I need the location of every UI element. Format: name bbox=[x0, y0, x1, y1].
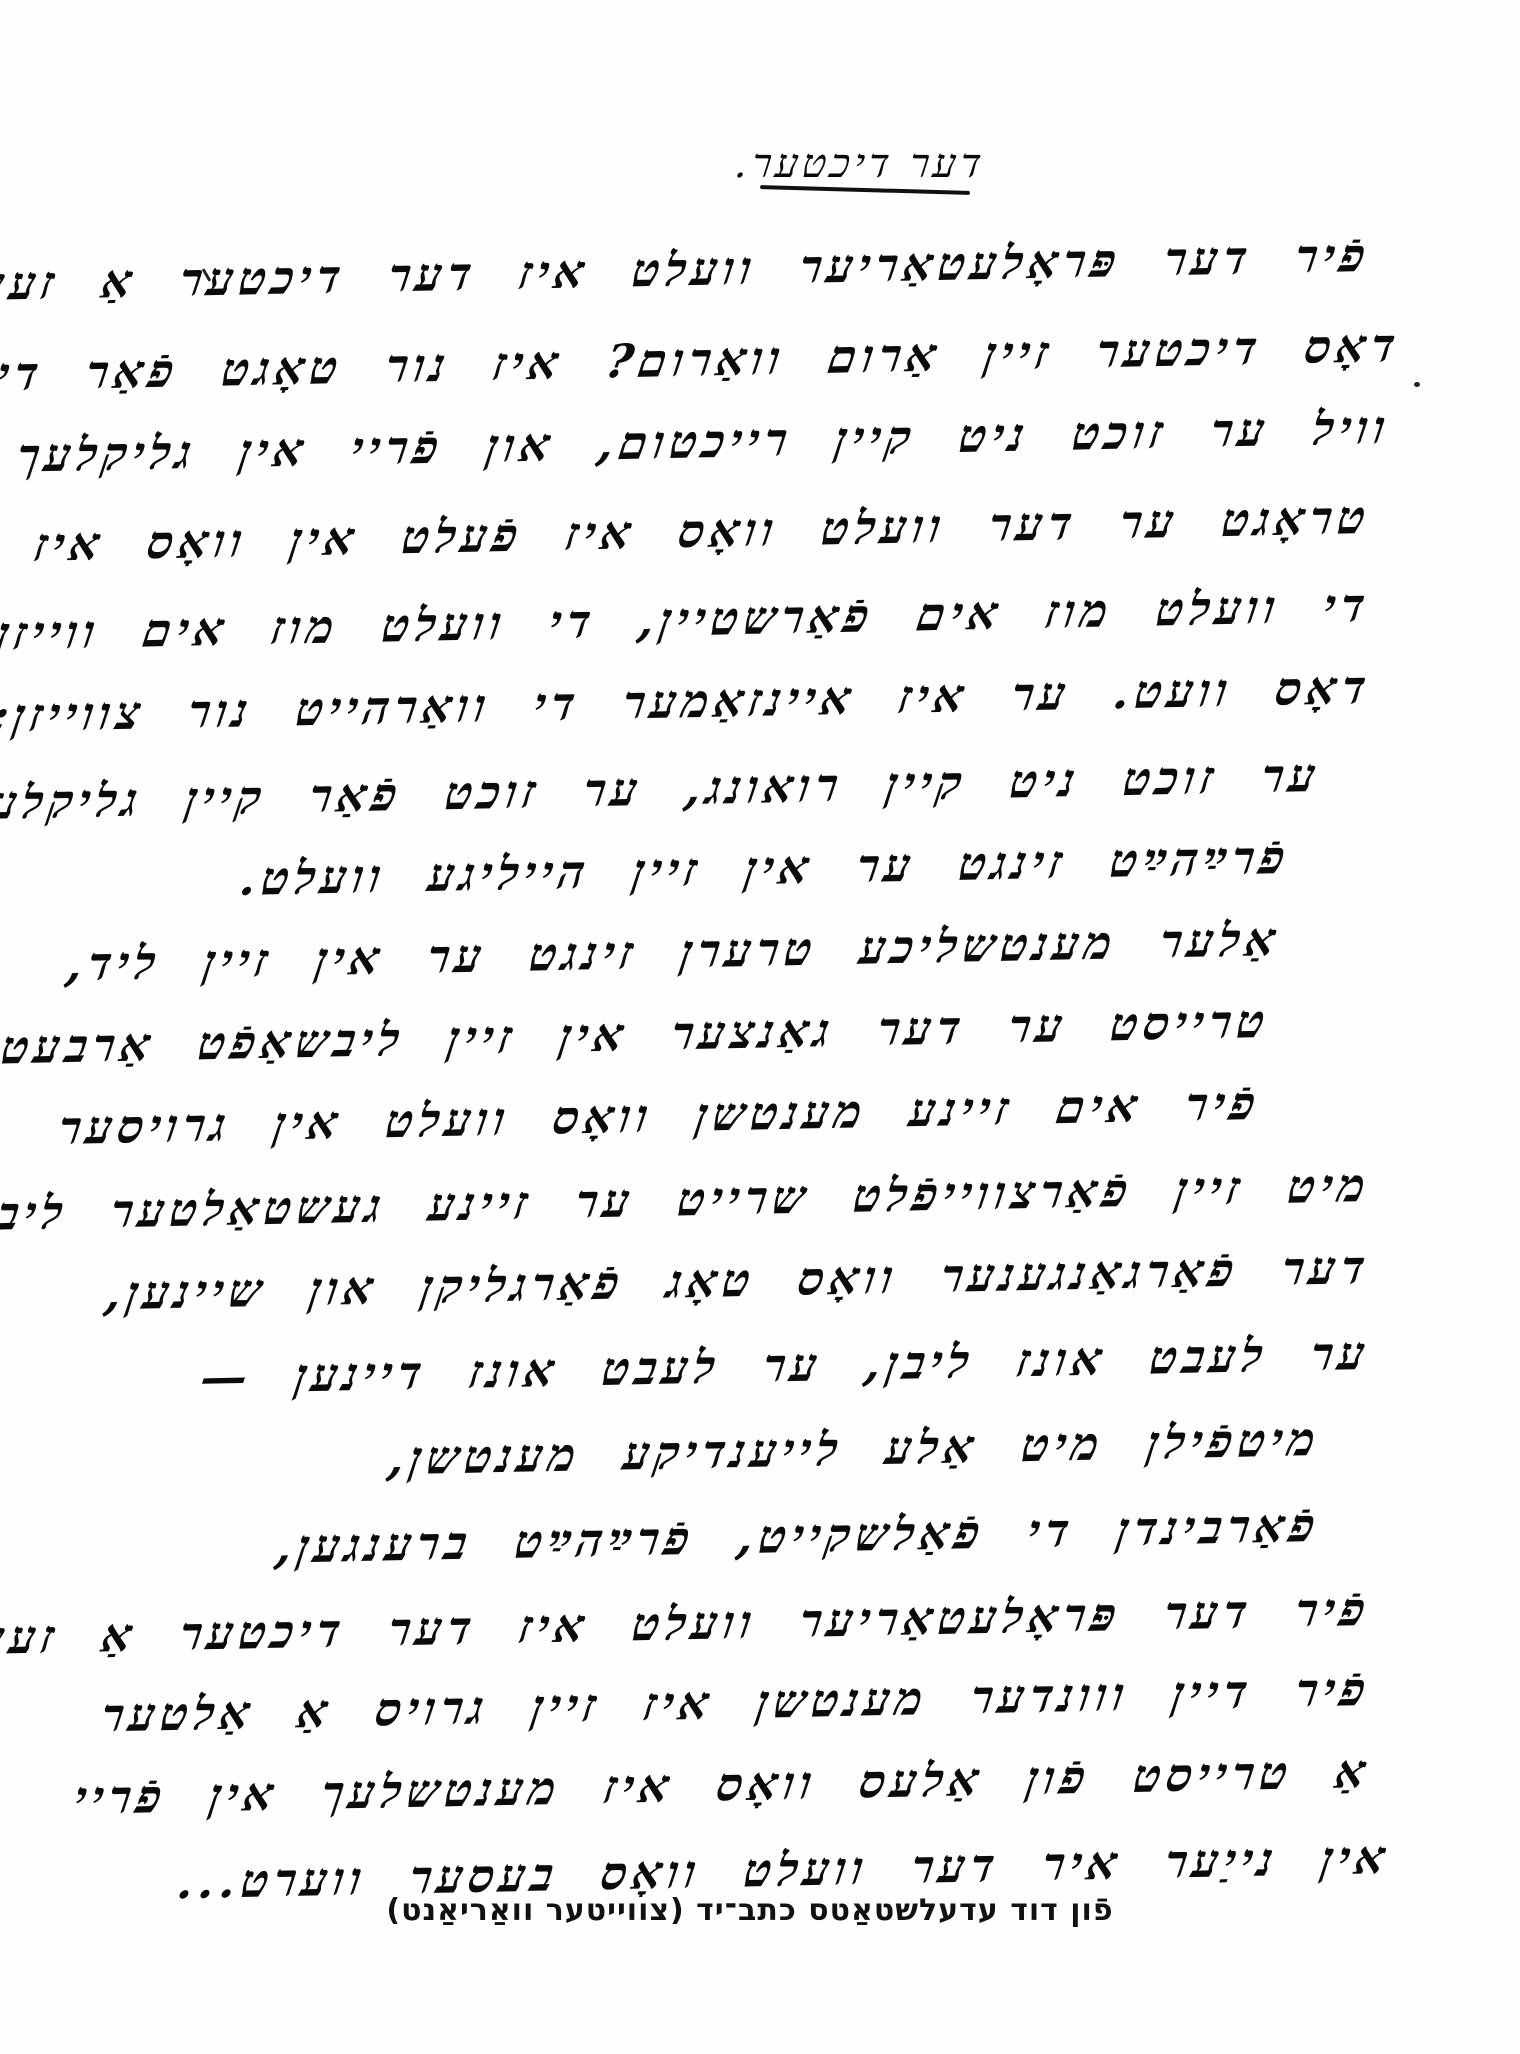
handwritten-line: דאָס וועט. ער איז איינזאַמער די וואַרהיי… bbox=[0, 660, 1374, 743]
handwritten-line: ער זוכט ניט קיין רואונג, ער זוכט פֿאַר ק… bbox=[0, 748, 1324, 832]
handwritten-line: פֿרײַהײַט זינגט ער אין זיין הייליגע וועל… bbox=[236, 830, 1294, 906]
handwritten-line: טראָגט ער דער וועלט וואָס איז פֿעלט אין … bbox=[0, 490, 1374, 576]
handwritten-line: ער לעבט אונז ליבן, ער לעבט אונז דיינען — bbox=[197, 1326, 1374, 1404]
handwritten-line: דער פֿאַרגאַנגענער וואָס טאָג פֿאַרגליקן… bbox=[102, 1240, 1374, 1320]
printed-caption: פֿון דוד עדעלשטאַטס כתב־יד (צווייטער ווא… bbox=[360, 1893, 1140, 1928]
handwritten-line: אַ טרייסט פֿון אַלעס וואָס איז מענטשלעך … bbox=[70, 1744, 1374, 1825]
handwritten-line: מיטפֿילן מיט אַלע לייענדיקע מענטשן, bbox=[384, 1412, 1324, 1485]
handwritten-line: פֿאַרבינדן די פֿאַלשקייט, פֿרײַהײַט ברענ… bbox=[272, 1498, 1324, 1574]
handwritten-line: מיט זיין פֿאַרצווייפֿלט שרייט ער זיינע ג… bbox=[0, 1158, 1374, 1242]
handwritten-line: וויל ער זוכט ניט קיין רייכטום, און פֿריי… bbox=[0, 400, 1394, 485]
handwritten-line: אַלער מענטשליכע טרערן זינגט ער אין זיין … bbox=[63, 912, 1285, 991]
handwritten-line: די וועלט מוז אים פֿאַרשטיין, די וועלט מו… bbox=[0, 578, 1374, 663]
handwritten-line: טרייסט ער דער גאַנצער אין זיין ליבשאַפֿט… bbox=[0, 994, 1274, 1075]
handwritten-line: פֿיר דער פּראָלעטאַריער וועלט איז דער די… bbox=[0, 1582, 1374, 1666]
poem-title: דער דיכטער. bbox=[657, 140, 1064, 187]
handwritten-line: פֿיר אים זיינע מענטשן וואָס וועלט אין גר… bbox=[54, 1076, 1264, 1155]
handwritten-line: דאָס דיכטער זיין אַרום וואַרום? איז נור … bbox=[0, 318, 1404, 406]
scan-speck bbox=[1414, 382, 1420, 387]
manuscript-page: דער דיכטער. פֿיר דער פּראָלעטאַריער וועל… bbox=[0, 0, 1520, 2054]
handwritten-line: פֿיר דער פּראָלעטאַריער וועלט איז דער די… bbox=[0, 228, 1374, 312]
handwritten-line: פֿיר דיין ווונדער מענטשן איז זיין גרויס … bbox=[97, 1662, 1374, 1742]
